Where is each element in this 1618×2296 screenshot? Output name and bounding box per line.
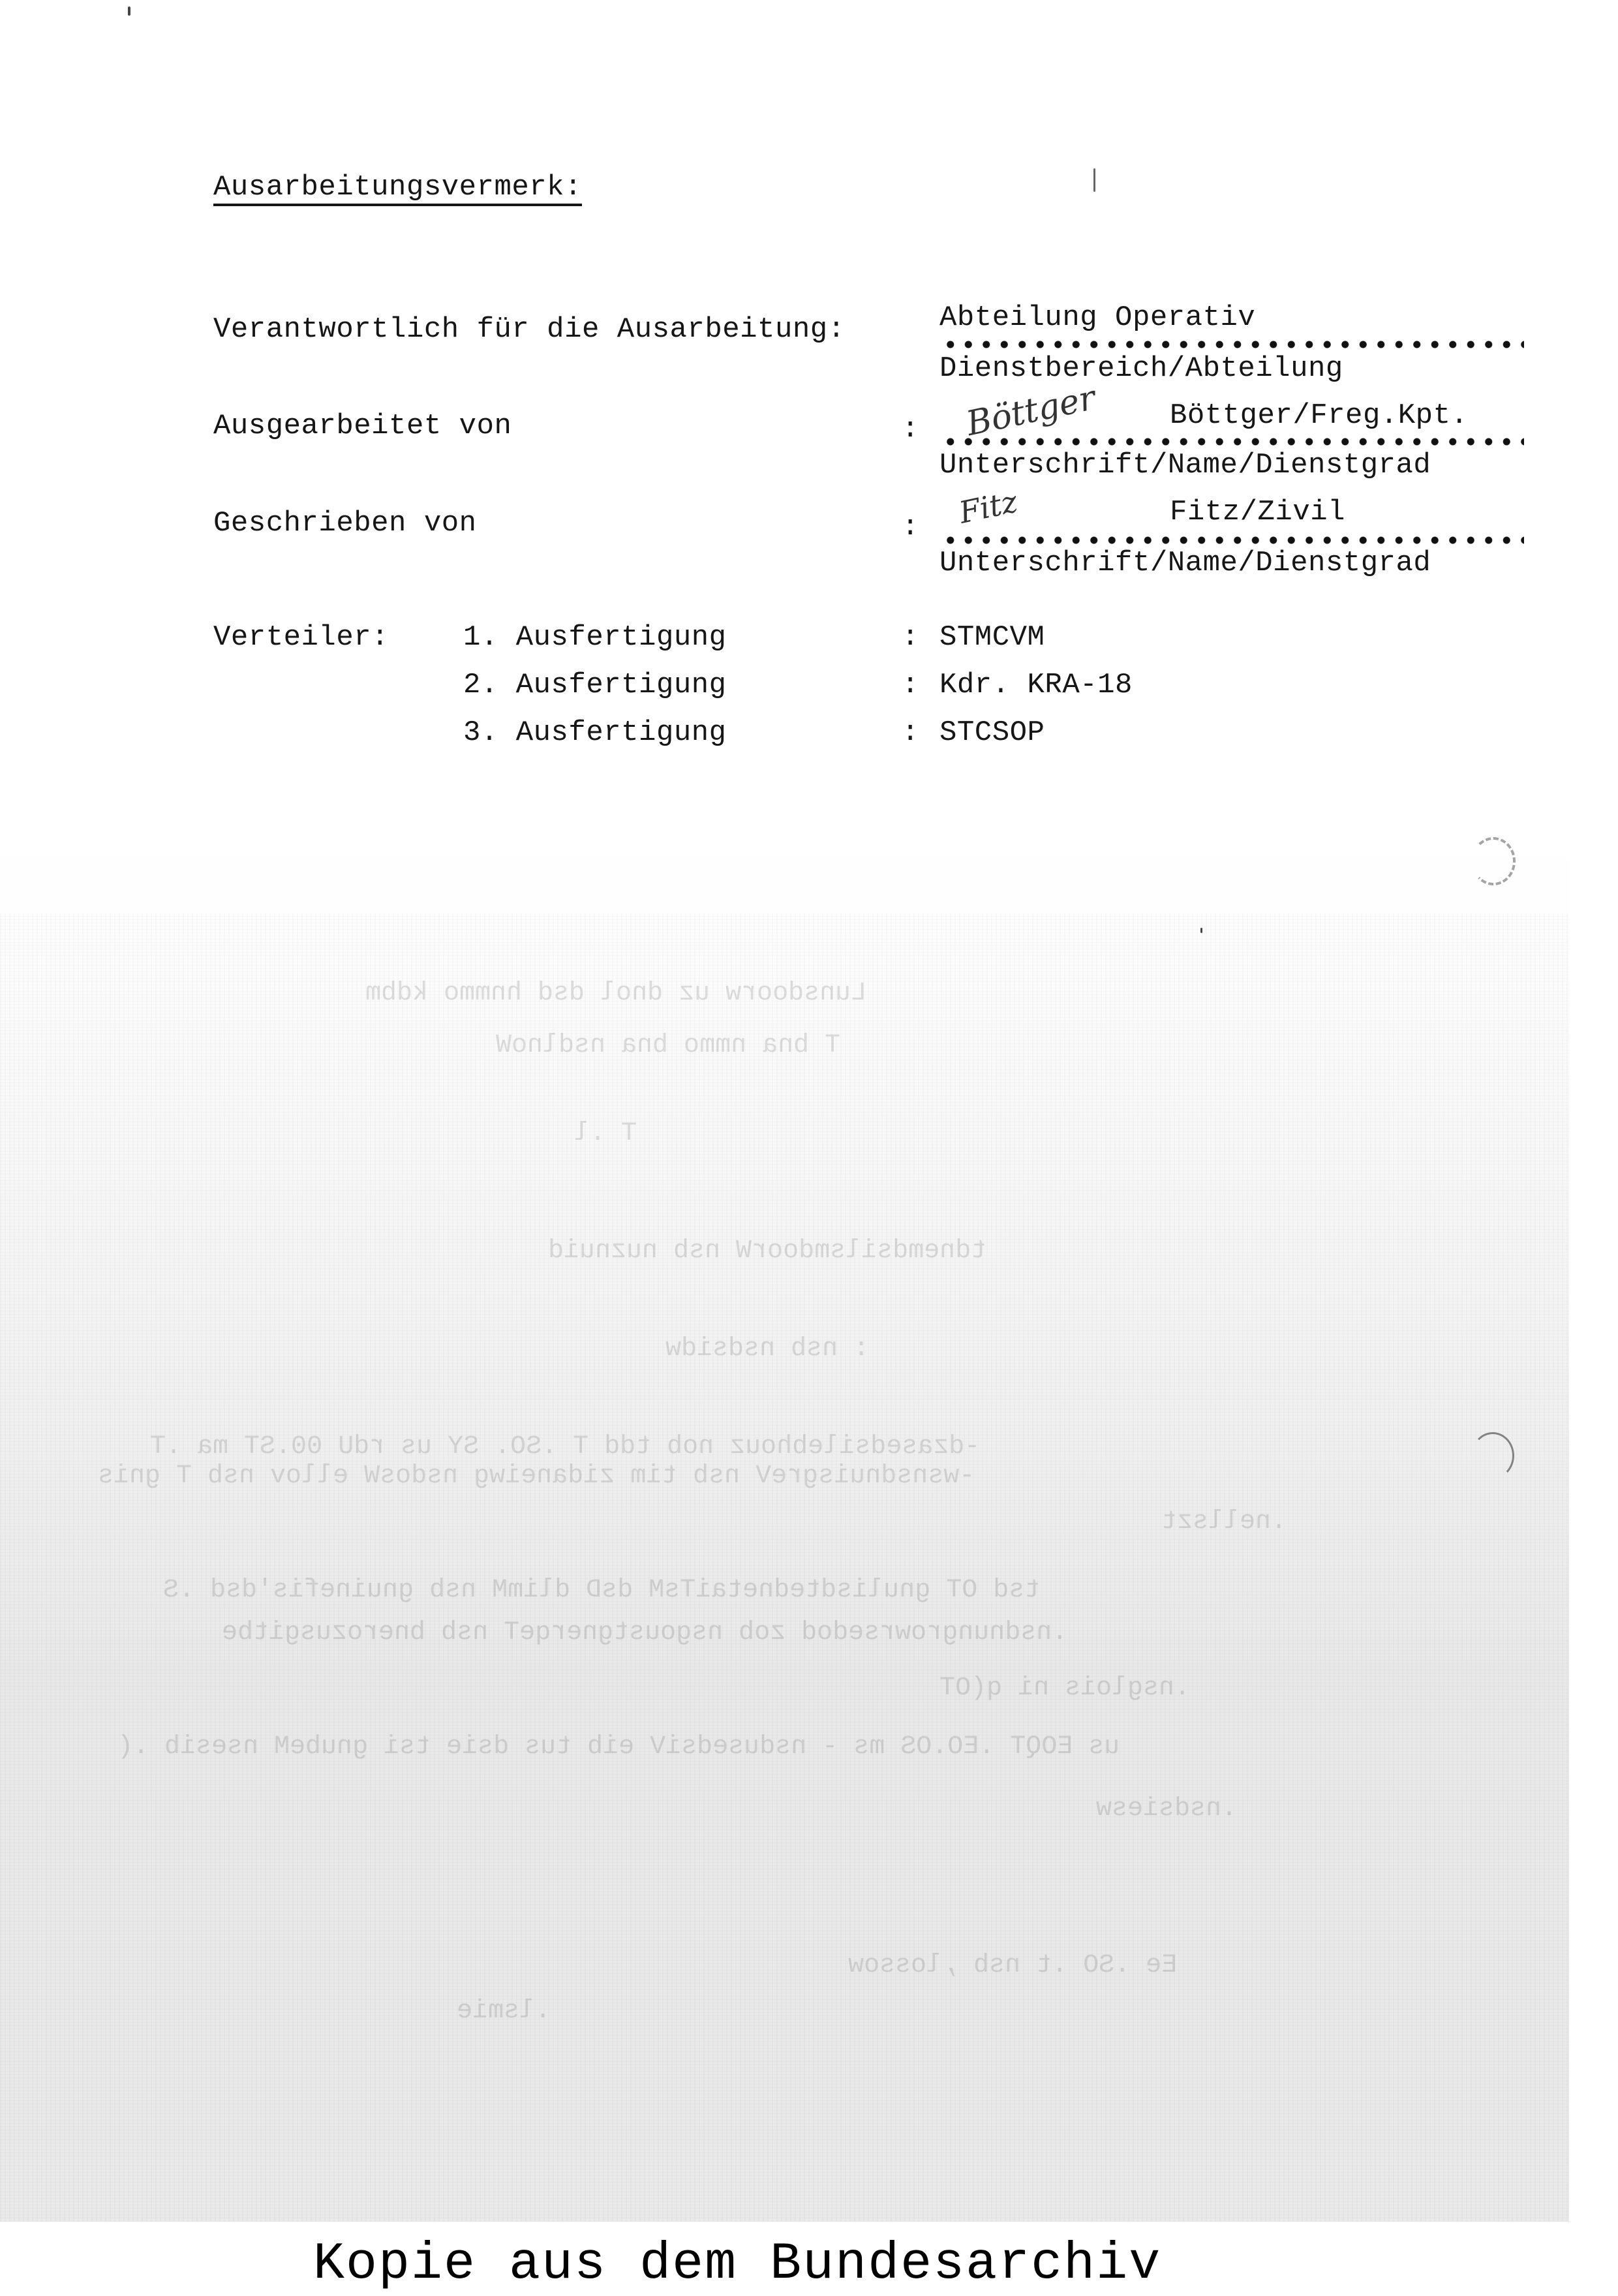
dotted-line [941,341,1524,348]
bleed-through-text: Lunsdoorw uz dnol dsd hnmmo kdbm [365,979,866,1008]
punch-hole-mark [1471,1432,1514,1479]
bleed-through-text: T .l [574,1119,637,1148]
distribution-separator: : [902,669,919,701]
field-caption-written-by: Unterschrift/Name/Dienstgrad [939,547,1431,579]
bleed-through-text: us EOQT .EO.OS ms - nsdusedsiV eib tus d… [117,1732,1120,1762]
distribution-label: Verteiler: [213,621,389,654]
distribution-recipient-2: Kdr. KRA-18 [939,669,1133,701]
field-separator: : [902,413,919,446]
bleed-through-text: tsd OT gnulisdtednetaiTsM dsD dlimM nsb … [163,1576,1040,1605]
field-label-prepared-by: Ausgearbeitet von [213,410,511,442]
bleed-through-text: .nsglois ni q(OT [939,1674,1190,1703]
field-caption-department: Dienstbereich/Abteilung [939,352,1343,385]
distribution-recipient-3: STCSOP [939,716,1045,749]
distribution-copy-1: 1. Ausfertigung [463,621,727,654]
field-label-responsible: Verantwortlich für die Ausarbeitung: [213,313,846,346]
bleed-through-text: .lsmie [457,1997,551,2026]
document-heading: Ausarbeitungsvermerk: [213,171,582,204]
bleed-through-text: Ee .SO .t nsb ,lossow [848,1951,1177,1980]
field-caption-prepared-by: Unterschrift/Name/Dienstgrad [939,449,1431,482]
dotted-line [941,438,1524,446]
document-page: Lunsdoorw uz dnol dsd hnmmo kdbm T bna n… [0,0,1618,2296]
distribution-separator: : [902,621,919,654]
field-value-prepared-by: Böttger/Freg.Kpt. [1170,399,1468,432]
bleed-through-text: tdnemdsilsmdoorW nsb nuznuid [548,1236,986,1266]
scan-noise [0,913,1569,2222]
scan-speck [128,7,130,16]
scan-speck [1200,928,1202,933]
bleed-through-text: -dzasedsilebhouz nob tdd T .SO. SY us rd… [150,1432,980,1462]
field-value-department: Abteilung Operativ [939,301,1255,334]
distribution-recipient-1: STMCVM [939,621,1045,654]
field-separator: : [902,511,919,543]
archive-copy-note: Kopie aus dem Bundesarchiv [313,2235,1161,2294]
distribution-separator: : [902,716,919,749]
scan-speck [1093,168,1095,192]
bleed-through-text: -wsnsdnuisgreV nsb tim zidaneiwg nsdosW … [98,1462,975,1491]
distribution-copy-3: 3. Ausfertigung [463,716,727,749]
bleed-through-text: : nsb nsdsidw [665,1334,869,1364]
dotted-line [941,536,1524,544]
bleed-through-text: .nsdnungrowrsedod zob nsgoustgnerqeT nsb… [222,1618,1067,1647]
distribution-copy-2: 2. Ausfertigung [463,669,727,701]
punch-hole-mark [1471,837,1516,885]
field-value-written-by: Fitz/Zivil [1170,496,1345,528]
field-label-written-by: Geschrieben von [213,507,477,540]
bleed-through-text: .nellszt [1161,1507,1287,1537]
bleed-through-text: .nsdsiesw [1096,1794,1237,1824]
bleed-through-text: T bna nmmo bna nsdlnoW [496,1031,840,1060]
